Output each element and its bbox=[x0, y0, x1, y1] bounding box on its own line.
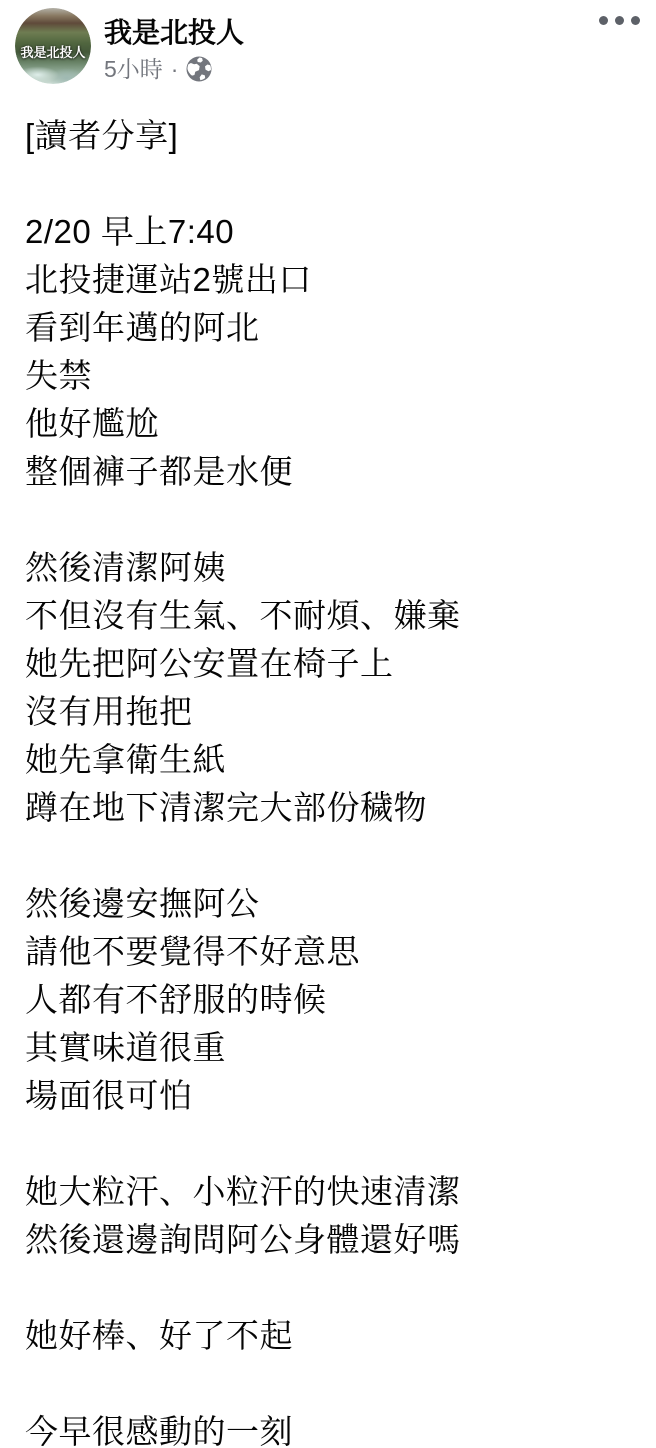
page-avatar[interactable]: 我是北投人 bbox=[15, 8, 91, 84]
post-body-text: [讀者分享] 2/20 早上7:40 北投捷運站2號出口 看到年邁的阿北 失禁 … bbox=[0, 112, 656, 1448]
more-dot bbox=[615, 16, 624, 25]
post-timestamp[interactable]: 5小時 bbox=[104, 56, 163, 82]
page-avatar-photo: 我是北投人 bbox=[15, 8, 91, 84]
page-name-link[interactable]: 我是北投人 bbox=[104, 18, 244, 47]
meta-separator: · bbox=[171, 56, 179, 82]
more-dot bbox=[631, 16, 640, 25]
post-meta: 5小時 · bbox=[104, 56, 244, 82]
globe-icon bbox=[186, 56, 212, 82]
facebook-post: 我是北投人 我是北投人 5小時 · bbox=[0, 0, 656, 1448]
post-header-info: 我是北投人 5小時 · bbox=[104, 8, 244, 82]
more-options-button[interactable] bbox=[595, 10, 644, 31]
avatar-overlay-text: 我是北投人 bbox=[20, 42, 85, 61]
more-dot bbox=[599, 16, 608, 25]
post-header: 我是北投人 我是北投人 5小時 · bbox=[0, 0, 656, 84]
